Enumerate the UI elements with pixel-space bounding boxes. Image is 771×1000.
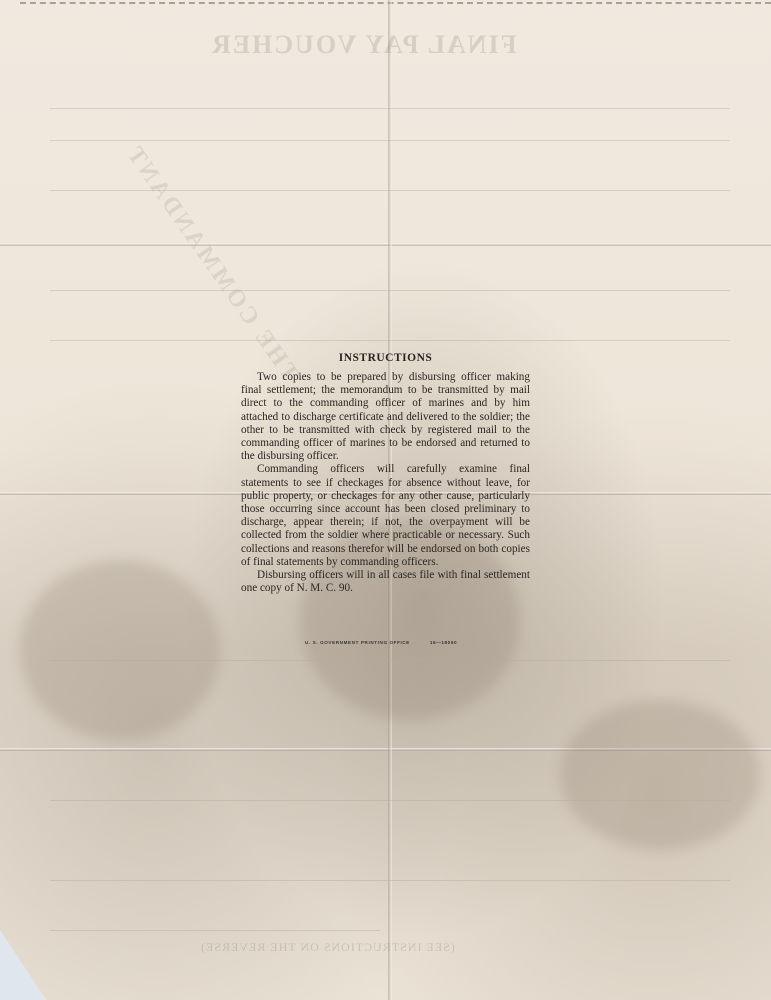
show-through-rule: [50, 290, 730, 291]
stain: [560, 700, 760, 850]
show-through-stamp: THE COMMANDANT: [119, 140, 303, 387]
instructions-paragraph: Two copies to be prepared by disbursing …: [241, 371, 530, 463]
instructions-paragraph: Disbursing officers will in all cases fi…: [241, 569, 530, 595]
instructions-block: INSTRUCTIONS Two copies to be prepared b…: [241, 352, 530, 595]
show-through-rule: [50, 930, 380, 931]
show-through-title: FINAL PAY VOUCHER: [210, 30, 517, 60]
show-through-rule: [50, 140, 730, 141]
show-through-footer: (SEE INSTRUCTIONS ON THE REVERSE): [200, 940, 455, 955]
instructions-title: INSTRUCTIONS: [241, 352, 530, 364]
show-through-rule: [50, 880, 730, 881]
show-through-rule: [50, 340, 730, 341]
show-through-rule: [50, 190, 730, 191]
perforated-edge: [20, 2, 771, 4]
printer-imprint: U. S. GOVERNMENT PRINTING OFFICE 16—1806…: [305, 640, 457, 645]
instructions-paragraph: Commanding officers will carefully exami…: [241, 463, 530, 569]
show-through-rule: [50, 108, 730, 109]
stain: [20, 560, 220, 740]
printer-code: 16—18060: [430, 640, 457, 645]
show-through-rule: [50, 800, 730, 801]
show-through-rule: [50, 660, 730, 661]
document-page: FINAL PAY VOUCHER THE COMMANDANT (SEE IN…: [0, 0, 771, 1000]
printer-office: U. S. GOVERNMENT PRINTING OFFICE: [305, 640, 410, 645]
fold-line: [0, 243, 771, 246]
